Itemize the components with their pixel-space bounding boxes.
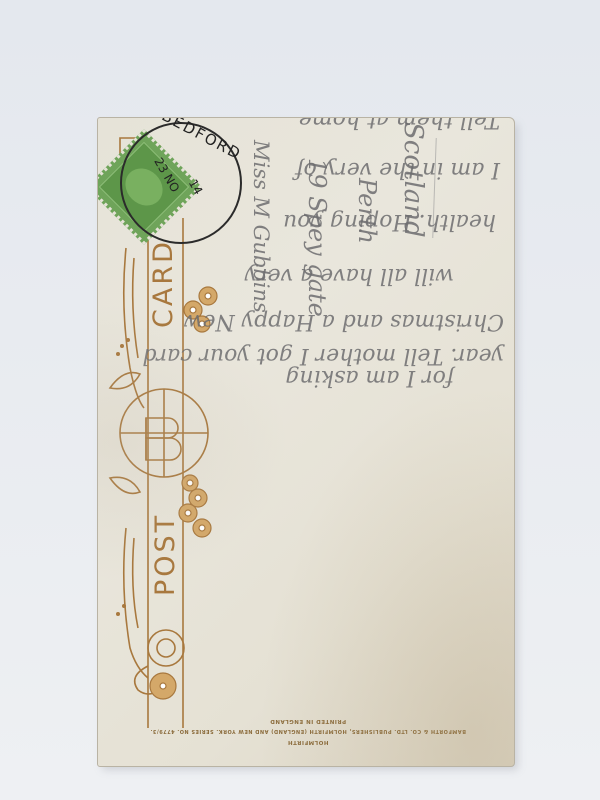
message-line: health. Hoping you	[283, 209, 496, 234]
message-line: Tell them at home	[299, 117, 500, 132]
imprint-town: HOLMFIRTH	[258, 739, 358, 745]
message-line: Christmas and a Happy New	[184, 309, 504, 334]
message-line: I am in the very of	[295, 157, 500, 182]
message-line: for I am asking	[285, 365, 454, 390]
message-line: year. Tell mother I got your card	[142, 343, 504, 368]
postcard: CARD POST BEDFORD 23 NO 14 Miss M Gubbin…	[97, 117, 515, 767]
message-line: will all have a very	[245, 263, 454, 288]
imprint-publisher: BAMFORTH & CO. LTD. PUBLISHERS, HOLMFIRT…	[128, 728, 488, 734]
handwritten-message: for I am asking year. Tell mother I got …	[98, 118, 514, 766]
imprint-country: PRINTED IN ENGLAND	[228, 718, 388, 724]
